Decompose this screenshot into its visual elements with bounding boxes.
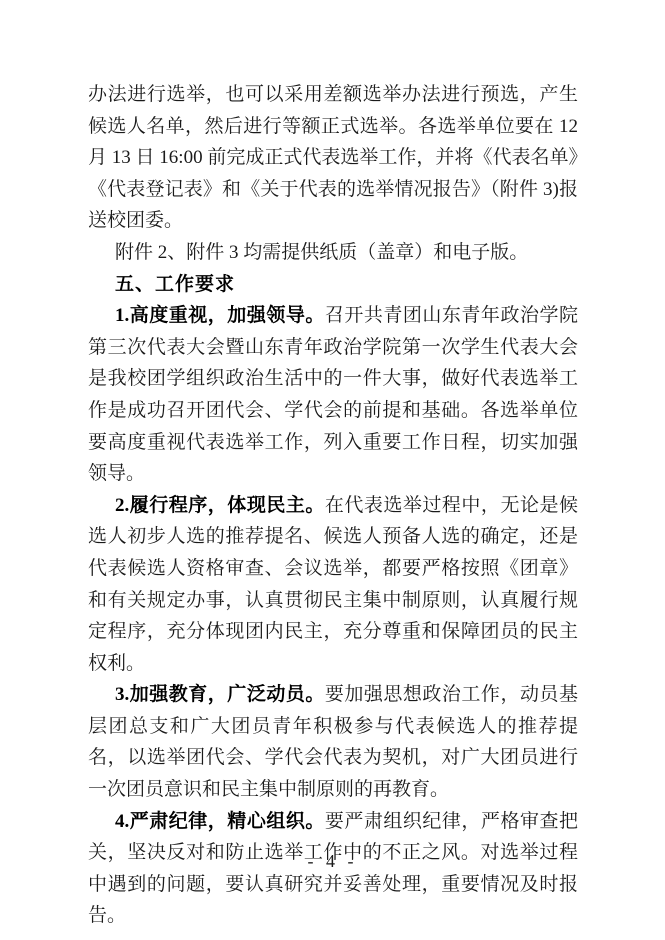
paragraph: 2.履行程序，体现民主。在代表选举过程中，无论是候选人初步人选的推荐提名、候选人… [88, 490, 578, 680]
paragraph: 1.高度重视，加强领导。召开共青团山东青年政治学院第三次代表大会暨山东青年政治学… [88, 300, 578, 490]
bold-text-run: 4.严肃纪律，精心组织。 [115, 811, 325, 832]
document-body: 办法进行选举，也可以采用差额选举办法进行预选，产生候选人名单，然后进行等额正式选… [88, 79, 578, 932]
bold-text-run: 五、工作要求 [115, 274, 235, 295]
bold-text-run: 2.履行程序，体现民主。 [115, 495, 325, 516]
text-run: 附件 2、附件 3 均需提供纸质（盖章）和电子版。 [115, 242, 528, 263]
bold-text-run: 1.高度重视，加强领导。 [115, 305, 325, 326]
text-run: 办法进行选举，也可以采用差额选举办法进行预选，产生候选人名单，然后进行等额正式选… [88, 84, 578, 231]
document-page: 办法进行选举，也可以采用差额选举办法进行预选，产生候选人名单，然后进行等额正式选… [0, 0, 665, 940]
page-number: - 4 - [0, 849, 665, 873]
bold-text-run: 3.加强教育，广泛动员。 [115, 684, 325, 705]
paragraph: 附件 2、附件 3 均需提供纸质（盖章）和电子版。 [88, 237, 578, 269]
paragraph: 3.加强教育，广泛动员。要加强思想政治工作，动员基层团总支和广大团员青年积极参与… [88, 679, 578, 805]
section-heading: 五、工作要求 [88, 269, 578, 301]
text-run: 在代表选举过程中，无论是候选人初步人选的推荐提名、候选人预备人选的确定，还是代表… [88, 495, 578, 674]
text-run: 召开共青团山东青年政治学院第三次代表大会暨山东青年政治学院第一次学生代表大会是我… [88, 305, 578, 484]
paragraph: 办法进行选举，也可以采用差额选举办法进行预选，产生候选人名单，然后进行等额正式选… [88, 79, 578, 237]
